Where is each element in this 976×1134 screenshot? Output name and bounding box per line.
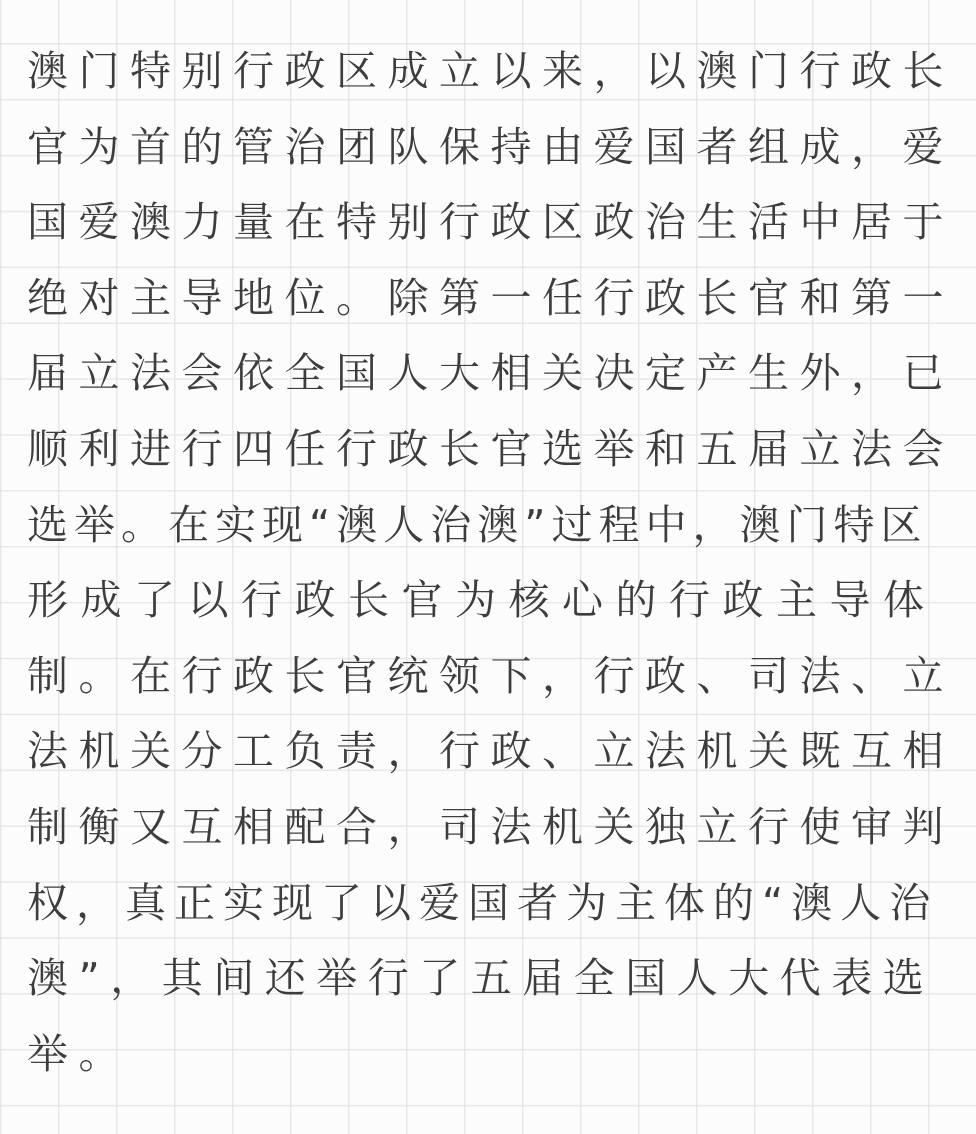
text-line-5: 届立法会依全国人大相关决定产生外，已 <box>27 336 957 412</box>
text-line-4: 绝对主导地位。除第一任行政长官和第一 <box>27 261 957 337</box>
text-line-8: 形成了以行政长官为核心的行政主导体 <box>27 563 957 639</box>
text-line-13: 澳”，其间还举行了五届全国人大代表选 <box>27 941 957 1017</box>
text-line-14: 举。 <box>27 1017 957 1093</box>
text-line-9: 制。在行政长官统领下，行政、司法、立 <box>27 639 957 715</box>
text-line-3: 国爱澳力量在特别行政区政治生活中居于 <box>27 185 957 261</box>
text-line-1: 澳门特别行政区成立以来，以澳门行政长 <box>27 34 957 110</box>
text-line-6: 顺利进行四任行政长官选举和五届立法会 <box>27 412 957 488</box>
text-line-12: 权，真正实现了以爱国者为主体的“澳人治 <box>27 866 957 942</box>
text-line-10: 法机关分工负责，行政、立法机关既互相 <box>27 714 957 790</box>
article-body: 澳门特别行政区成立以来，以澳门行政长 官为首的管治团队保持由爱国者组成，爱 国爱… <box>27 34 957 1092</box>
text-line-7: 选举。在实现“澳人治澳”过程中，澳门特区 <box>27 488 957 564</box>
text-line-2: 官为首的管治团队保持由爱国者组成，爱 <box>27 110 957 186</box>
text-line-11: 制衡又互相配合，司法机关独立行使审判 <box>27 790 957 866</box>
